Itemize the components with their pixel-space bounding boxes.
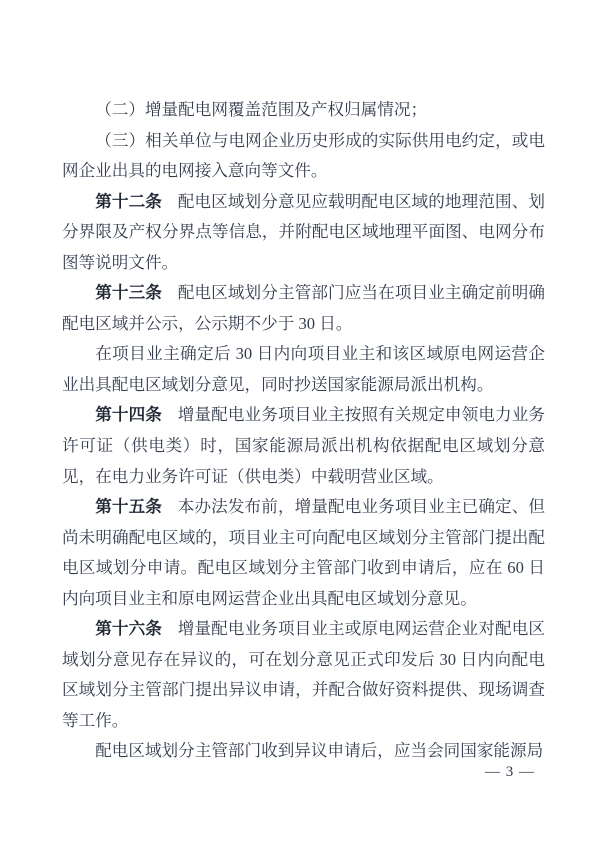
paragraph: 在项目业主确定后 30 日内向项目业主和该区域原电网运营企业出具配电区域划分意见… [62, 339, 545, 400]
paragraph: 配电区域划分主管部门收到异议申请后，应当会同国家能源局 [62, 736, 545, 767]
document-body: （二）增量配电网覆盖范围及产权归属情况； （三）相关单位与电网企业历史形成的实际… [62, 95, 545, 767]
paragraph: （三）相关单位与电网企业历史形成的实际供用电约定，或电网企业出具的电网接入意向等… [62, 126, 545, 187]
article-number: 第十三条 [95, 283, 162, 302]
paragraph: 第十五条本办法发布前，增量配电业务项目业主已确定、但尚未明确配电区域的，项目业主… [62, 492, 545, 614]
paragraph-text: （二）增量配电网覆盖范围及产权归属情况； [95, 100, 427, 119]
paragraph: 第十六条增量配电业务项目业主或原电网运营企业对配电区域划分意见存在异议的，可在划… [62, 614, 545, 736]
paragraph: 第十四条增量配电业务项目业主按照有关规定申领电力业务许可证（供电类）时，国家能源… [62, 400, 545, 492]
paragraph-text: 配电区域划分主管部门收到异议申请后，应当会同国家能源局 [95, 741, 543, 760]
paragraph: 第十三条配电区域划分主管部门应当在项目业主确定前明确配电区域并公示，公示期不少于… [62, 278, 545, 339]
paragraph-text: 在项目业主确定后 30 日内向项目业主和该区域原电网运营企业出具配电区域划分意见… [62, 344, 545, 394]
article-number: 第十六条 [95, 619, 162, 638]
article-number: 第十四条 [95, 405, 162, 424]
page-number: — 3 — [485, 762, 535, 782]
paragraph: 第十二条配电区域划分意见应载明配电区域的地理范围、划分界限及产权分界点等信息，并… [62, 187, 545, 279]
document-page: （二）增量配电网覆盖范围及产权归属情况； （三）相关单位与电网企业历史形成的实际… [0, 0, 606, 853]
article-number: 第十二条 [95, 192, 162, 211]
paragraph: （二）增量配电网覆盖范围及产权归属情况； [62, 95, 545, 126]
article-number: 第十五条 [95, 497, 162, 516]
paragraph-text: （三）相关单位与电网企业历史形成的实际供用电约定，或电网企业出具的电网接入意向等… [62, 131, 545, 181]
